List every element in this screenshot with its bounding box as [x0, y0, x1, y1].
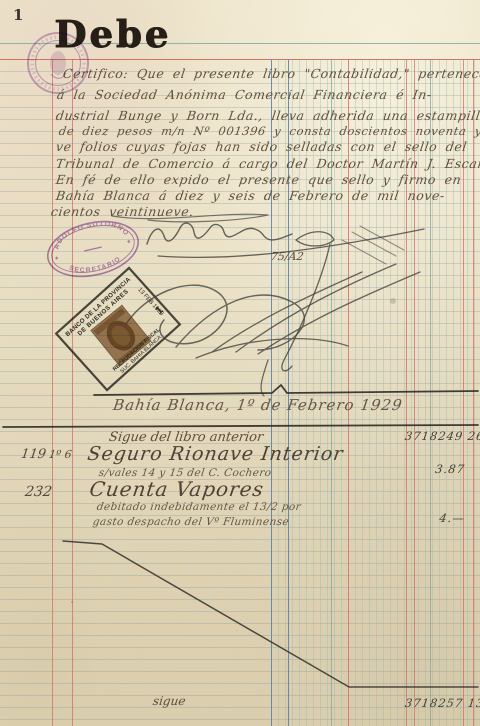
ink-overlay	[0, 0, 480, 726]
section-rule-below-date	[3, 425, 478, 427]
signature-upper	[147, 223, 424, 371]
signature-rubric	[126, 226, 420, 396]
section-rule-above-date	[94, 385, 478, 395]
cancellation-diagonal	[63, 541, 478, 687]
underline-flourish	[112, 214, 268, 222]
ledger-page: 1 Debe Certifico: Que el presente libro …	[0, 0, 480, 726]
